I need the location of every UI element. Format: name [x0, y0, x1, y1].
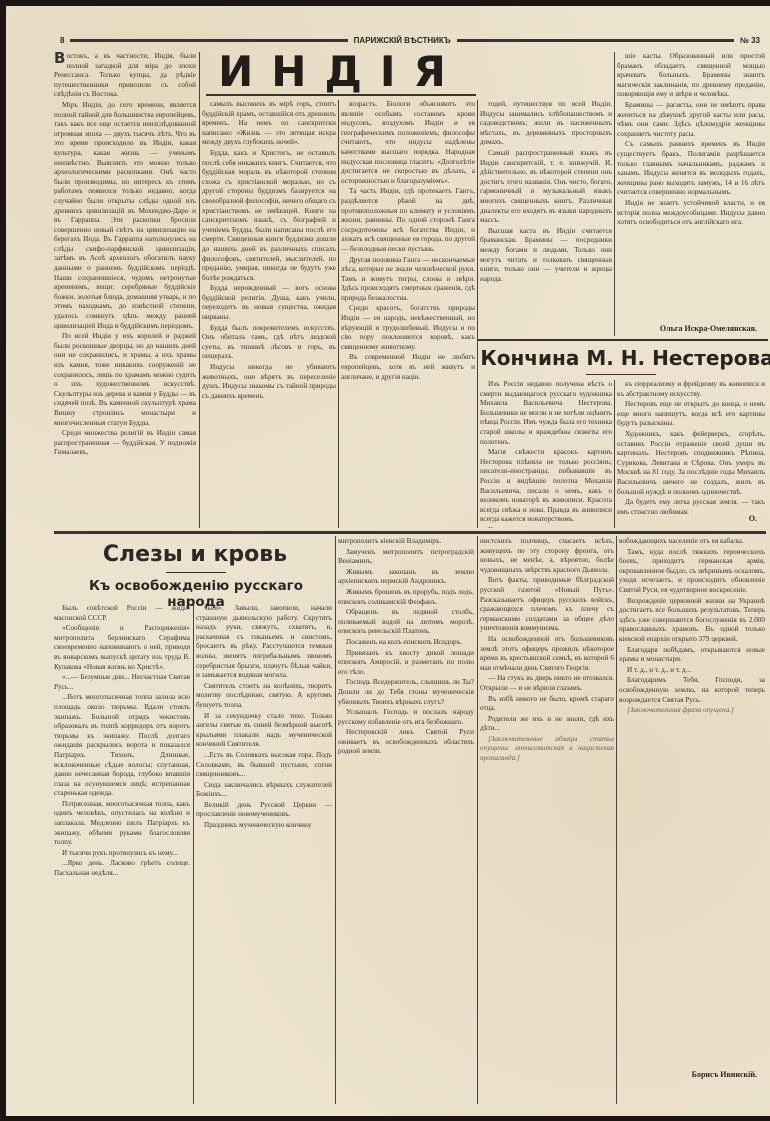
column-rule: [614, 380, 615, 528]
running-head: 8 ПАРИЖСКІЙ ВѢСТНИКЪ № 33: [60, 34, 760, 46]
article-title-india: ИНДІЯ: [206, 50, 476, 94]
column-rule: [335, 536, 336, 1104]
byline-nesterov: О.: [617, 514, 757, 523]
column-rule: [199, 52, 200, 528]
india-col-1: Востокъ, а въ частности, Индія, были пол…: [54, 52, 196, 528]
head-rule-right: [457, 39, 734, 42]
column-rule: [614, 52, 615, 336]
newspaper-page: 8 ПАРИЖСКІЙ ВѢСТНИКЪ № 33 ИНДІЯ Востокъ,…: [6, 6, 770, 1116]
slezy-col-4: нистскихъ полчищъ, спасаетъ всѣхъ, живущ…: [480, 537, 614, 1104]
head-rule-left: [70, 39, 347, 42]
title-underline: [206, 94, 476, 96]
byline-slezy: Борисъ Ивинскій.: [619, 1070, 757, 1079]
slezy-col-5: вобождающихъ населеніе отъ ея кабалы. Та…: [619, 537, 765, 1067]
title-dash: [166, 572, 226, 573]
column-rule: [338, 100, 339, 528]
title-dash: [586, 374, 656, 375]
column-rule: [477, 100, 478, 528]
nesterov-col-2: къ сюрреализму и фрейдизму въ живописи и…: [617, 380, 765, 514]
article-title-nesterov: Кончина М. Н. Нестерова: [478, 343, 770, 373]
section-rule: [54, 531, 766, 534]
nesterov-col-1: Изъ Россіи недавно получена вѣсть о смер…: [480, 380, 612, 528]
slezy-col-3: митрополитъ кіевскій Владиміръ. Замученъ…: [338, 537, 474, 1104]
column-rule: [193, 604, 194, 1104]
issue-number: № 33: [740, 36, 760, 45]
india-col-2: самыхъ высокихъ въ мірѣ горъ, стоитъ буд…: [202, 100, 336, 528]
slezy-col-2: чьей». Завыли, завопили, начали страшную…: [196, 604, 332, 1104]
paper-name: ПАРИЖСКІЙ ВѢСТНИКЪ: [354, 36, 451, 45]
india-col-3: возрастъ. Біологи объясняютъ это явленіе…: [341, 100, 475, 528]
article-title-slezy: Слезы и кровь: [60, 541, 330, 569]
slezy-col-1: Быль совѣтской Россіи — жидо-масонской С…: [54, 604, 190, 1104]
column-rule: [477, 536, 478, 1104]
dropcap: В: [54, 52, 65, 64]
section-rule: [478, 339, 768, 341]
page-number: 8: [60, 36, 64, 45]
india-col-5: шіе касты. Образованный или простой брам…: [617, 52, 765, 314]
india-col-4: тодей, путешествуя по всей Индіи. Индусы…: [480, 100, 612, 336]
byline-india: Ольга Искра-Омелянская.: [617, 324, 757, 333]
column-rule: [616, 536, 617, 1104]
